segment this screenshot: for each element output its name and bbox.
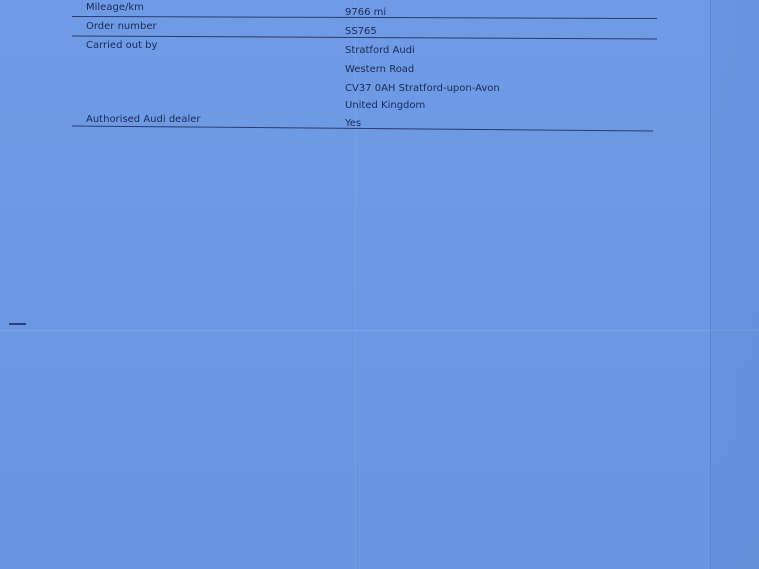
field-value-authorised-dealer: Yes: [345, 118, 361, 129]
underlying-sheet-edge: [710, 0, 759, 569]
table-rule: [72, 125, 653, 131]
field-value-mileage: 9766 mi: [345, 7, 386, 18]
field-label-authorised-dealer: Authorised Audi dealer: [86, 114, 201, 125]
field-value-dealer-country: United Kingdom: [345, 100, 425, 111]
field-value-dealer-postcode-city: CV37 0AH Stratford-upon-Avon: [345, 83, 500, 94]
field-label-order-number: Order number: [86, 21, 157, 32]
field-label-mileage: Mileage/km: [86, 2, 144, 13]
paper-fold-horizontal: [0, 330, 759, 331]
field-label-carried-out-by: Carried out by: [86, 40, 157, 51]
field-value-dealer-street: Western Road: [345, 64, 414, 75]
document-page: Mileage/km 9766 mi Order number SS765 Ca…: [0, 0, 759, 569]
margin-mark: [9, 323, 26, 325]
field-value-order-number: SS765: [345, 26, 377, 37]
field-value-dealer-name: Stratford Audi: [345, 45, 415, 56]
